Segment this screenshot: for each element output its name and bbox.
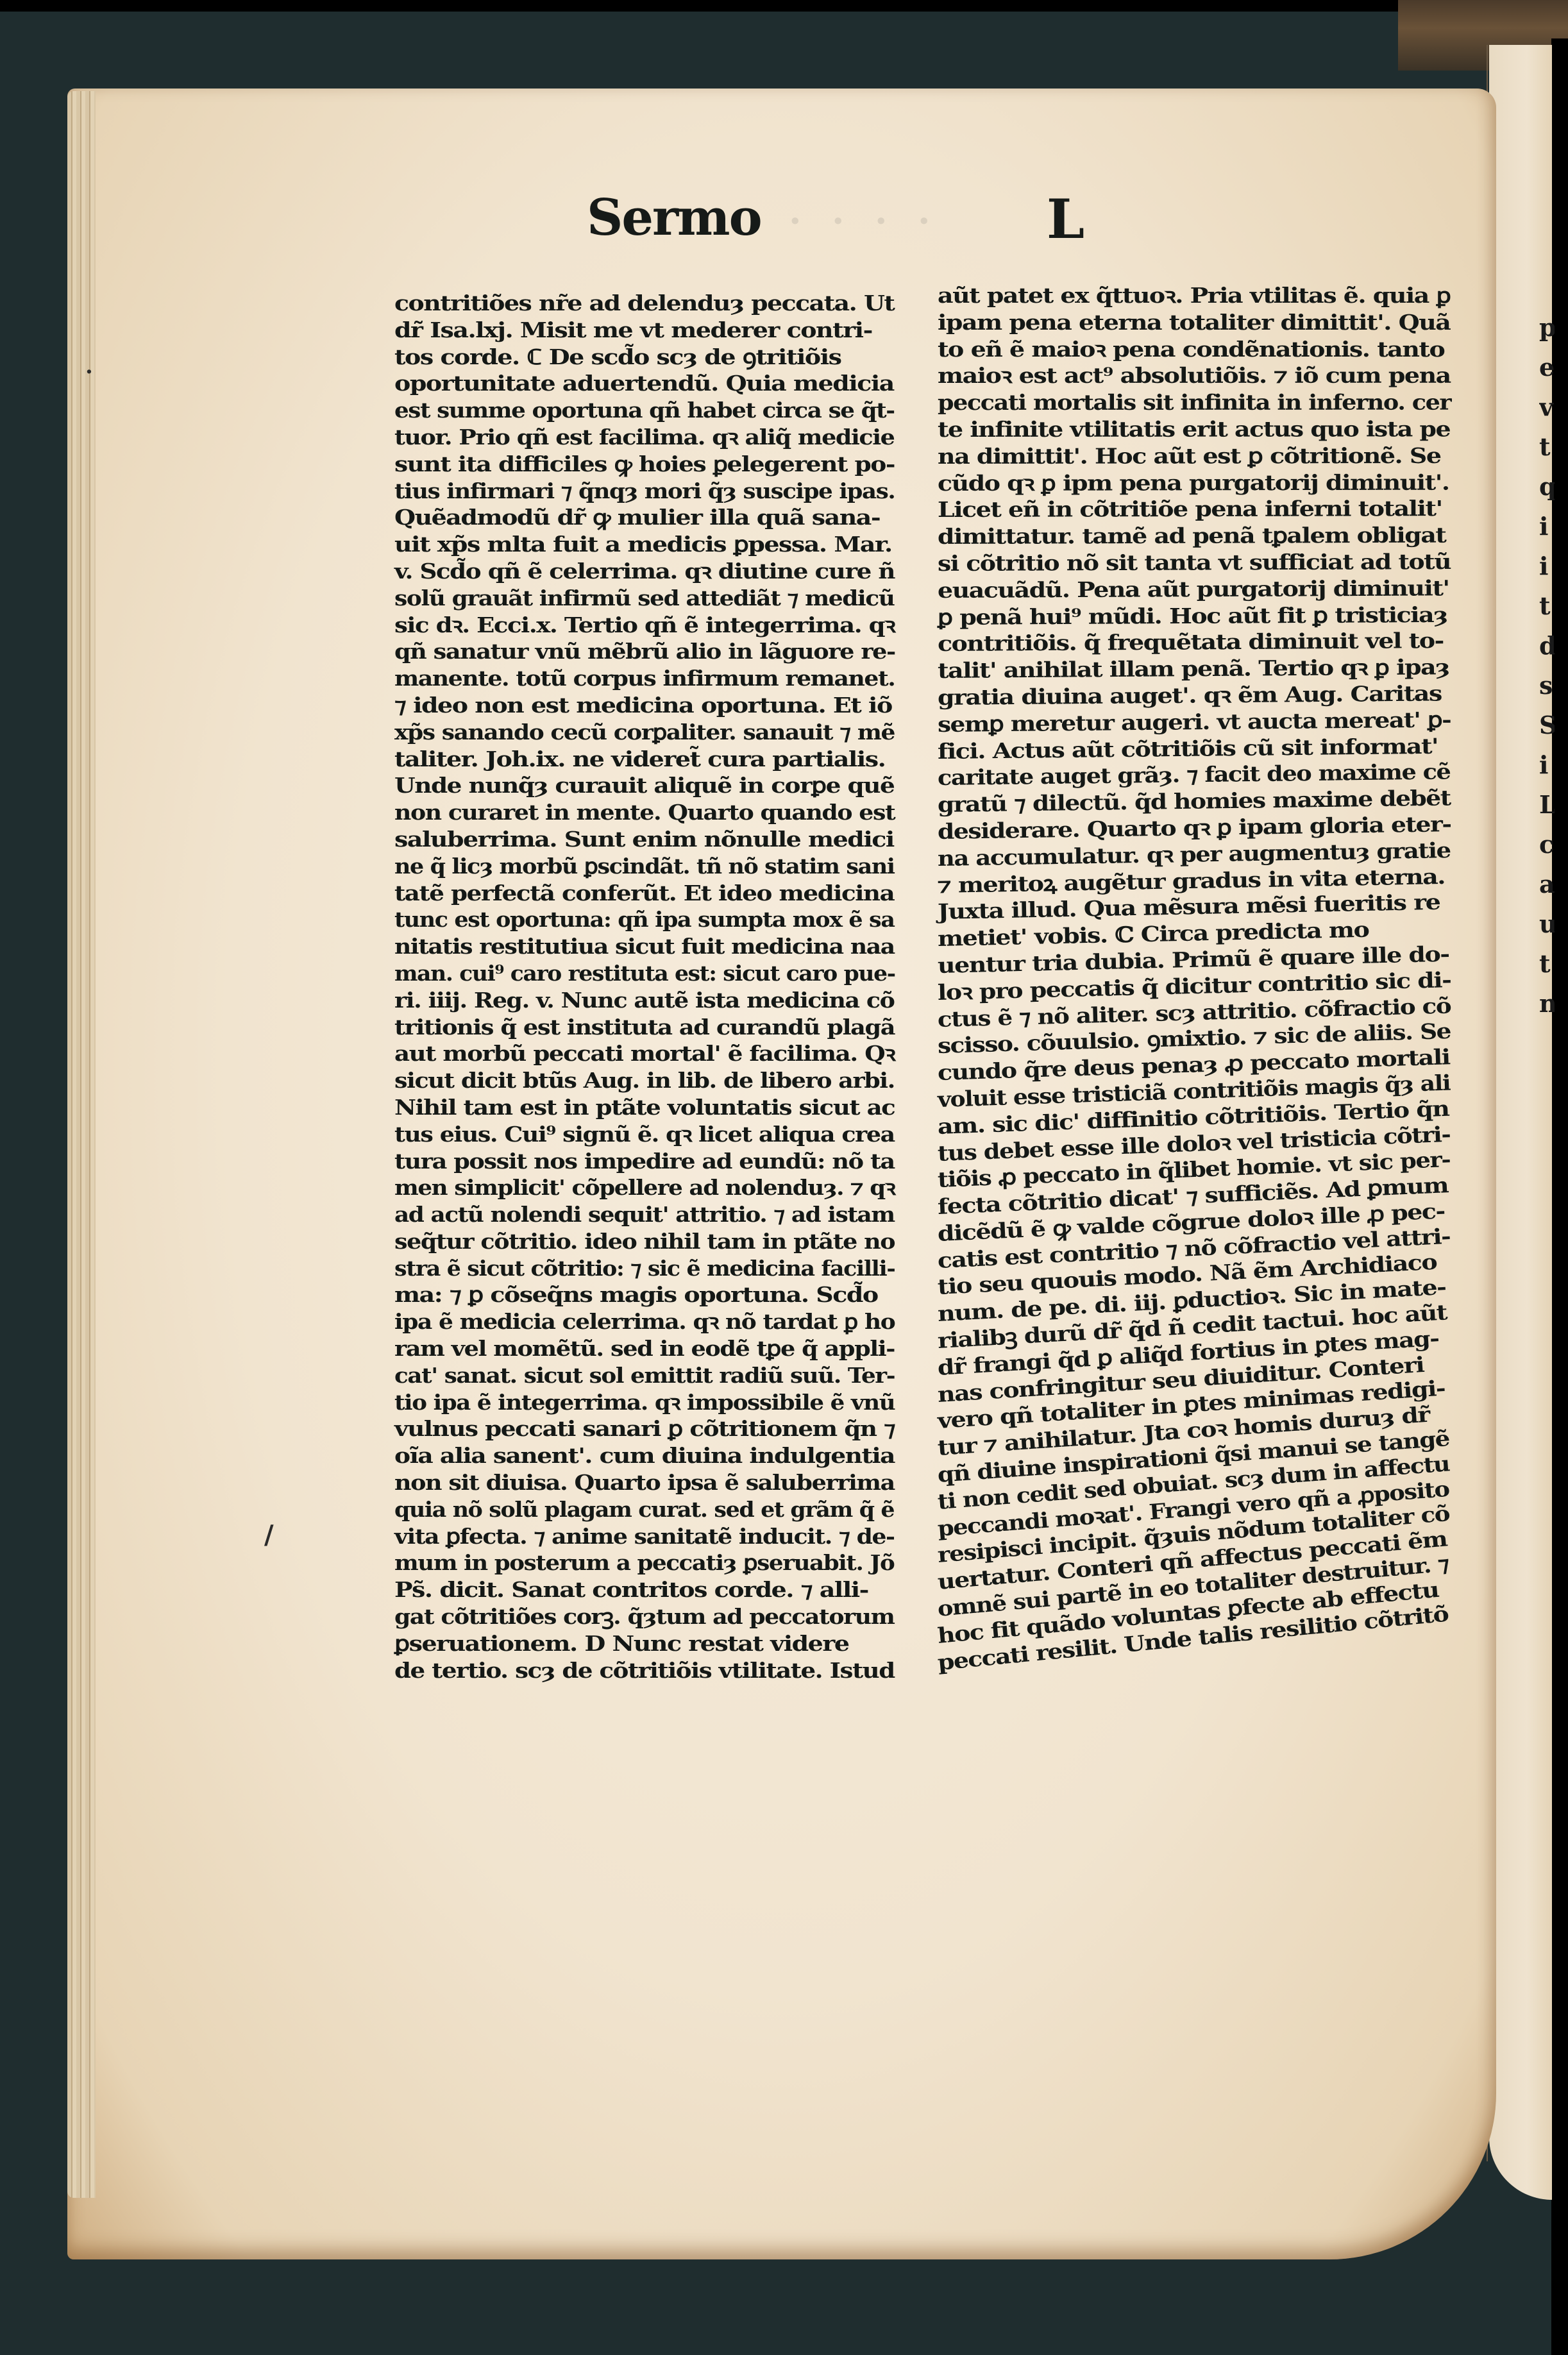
text-line: gat cõtritiões corꝫ. q̃ȝtum ad peccatoru… [394, 1603, 950, 1630]
text-line: dimittatur. tamẽ ad penã tꝑalem obligat [938, 521, 1535, 550]
text-line: stra ẽ sicut cõtritio: ⁊ sic ẽ medicina … [394, 1255, 929, 1282]
facing-page-letter: v [1539, 387, 1555, 427]
facing-page-letter: e [1539, 348, 1555, 387]
text-line: ipa ẽ medicia celerrima. qꝛ nõ tardat ꝑ … [394, 1308, 947, 1335]
facing-page-letter: i [1539, 745, 1555, 785]
facing-page-letter: s [1539, 666, 1555, 705]
show-through-text: · · · · [789, 200, 939, 242]
text-line: mum in posterum a peccatiȝ ꝑseruabit. Jõ [394, 1549, 941, 1576]
facing-page-letter: d [1539, 626, 1555, 666]
text-line: men simplicit' cõpellere ad nolenduȝ. ⁊ … [394, 1174, 943, 1201]
text-line: peccati mortalis sit infinita in inferno… [938, 389, 1513, 416]
text-line: saluberrima. Sunt enim nõnulle medici [394, 826, 977, 853]
folio-number: L [1047, 187, 1084, 251]
text-line: tus eius. Cui⁹ signũ ẽ. qꝛ licet aliqua … [394, 1121, 953, 1148]
text-line: cũdo qꝛ ꝑ ipm pena purgatorij diminuit'. [938, 469, 1535, 496]
text-line: contritiõis. q̃ frequẽtata diminuit vel … [938, 627, 1535, 658]
text-line: tritionis q̃ est instituta ad curandũ pl… [394, 1014, 958, 1041]
text-line: tos corde. ℂ De scd̃o scȝ de ꝯtritiõis [394, 344, 977, 371]
facing-page-letter: a [1539, 865, 1555, 904]
text-line: non curaret in mente. Quarto quando est [394, 799, 951, 826]
facing-page-letter: t [1539, 586, 1555, 626]
text-line: tatẽ perfectã conferũt. Et ideo medicina [394, 880, 967, 907]
facing-page-letter: u [1539, 904, 1555, 944]
text-line: tuor. Prio qñ est facilima. qꝛ aliq̃ med… [394, 424, 955, 451]
facing-page-letter: p [1539, 308, 1555, 348]
text-line: contritiões nr̃e ad delenduȝ peccata. Ut [394, 290, 975, 317]
text-line: euacuãdũ. Pena aũt purgatorij diminuit' [938, 575, 1535, 604]
text-line: na dimittit'. Hoc aũt est ꝑ cõtritionẽ. … [938, 442, 1535, 469]
facing-page-letter: n [1539, 984, 1555, 1024]
text-line: est summe oportuna qñ habet circa se q̃t… [394, 397, 943, 424]
text-line: seq̃tur cõtritio. ideo nihil tam in ptãt… [394, 1228, 954, 1255]
text-line: vita ꝑfecta. ⁊ anime sanitatẽ inducit. ⁊… [394, 1523, 948, 1550]
facing-page-letters: pevtqiitdsSiLcautn [1539, 308, 1555, 1024]
text-line: manente. totũ corpus infirmum remanet. [394, 665, 950, 692]
running-head: Sermo · · · · L [0, 186, 1568, 250]
text-line: ma: ⁊ ꝑ cõseq̃ns magis oportuna. Scd̃o [394, 1281, 977, 1308]
facing-page-letter: t [1539, 944, 1555, 984]
text-line: Unde nunq̃ȝ curauit aliquẽ in corꝑe quẽ [394, 772, 970, 799]
text-line: Licet eñ in cõtritiõe pena inferni total… [938, 495, 1535, 523]
facing-page-letter: c [1539, 825, 1555, 865]
text-column-left: contritiões nr̃e ad delenduȝ peccata. Ut… [394, 290, 901, 1684]
scan-top-border [0, 0, 1568, 12]
text-line: uit xp̃s mlta fuit a medicis ꝑpessa. Mar… [394, 531, 977, 558]
text-line: tunc est oportuna: qñ ipa sumpta mox ẽ s… [394, 906, 931, 933]
page-stack-edge [67, 91, 96, 2198]
text-line: sunt ita difficiles ꝙ hoies ꝑelegerent p… [394, 451, 972, 478]
text-line: qñ sanatur vnũ mẽbrũ alio in lãguore re- [394, 638, 957, 665]
text-line: tura possit nos impedire ad eundũ: nõ ta [394, 1148, 957, 1175]
text-line: ne q̃ licȝ morbũ ꝑscindãt. tñ nõ statim … [394, 853, 930, 880]
running-head-title: Sermo [587, 189, 761, 247]
text-line: tius infirmari ⁊ q̃nqȝ mori q̃ȝ suscipe … [394, 478, 941, 505]
text-line: non sit diuisa. Quarto ipsa ẽ saluberrim… [394, 1469, 955, 1496]
text-line: ipam pena eterna totaliter dimittit'. Qu… [938, 309, 1535, 336]
facing-page-letter: i [1539, 507, 1555, 546]
text-line: cat' sanat. sicut sol emittit radiũ suũ.… [394, 1362, 943, 1389]
facing-page-letter: q [1539, 467, 1555, 507]
text-line: xp̃s sanando cecũ corꝑaliter. sanauit ⁊ … [394, 719, 947, 746]
text-line: ꝑseruationem. D Nunc restat videre [394, 1630, 977, 1657]
text-line: solũ grauãt infirmũ sed attediãt ⁊ medic… [394, 585, 947, 612]
facing-page-letter: L [1539, 785, 1555, 825]
text-line: man. cui⁹ caro restituta est: sicut caro… [394, 960, 924, 987]
facing-page-letter: t [1539, 427, 1555, 467]
text-line: ꝑ penã hui⁹ mũdi. Hoc aũt fit ꝑ tristici… [938, 601, 1535, 631]
text-line: nitatis restitutiua sicut fuit medicina … [394, 933, 950, 960]
text-line: ri. iiij. Reg. v. Nunc autẽ ista medicin… [394, 987, 953, 1014]
text-line: sic dꝛ. Ecci.x. Tertio qñ ẽ integerrima.… [394, 612, 964, 639]
text-line: si cõtritio nõ sit tanta vt sufficiat ad… [938, 548, 1532, 577]
text-column-right: aũt patet ex q̃ttuoꝛ. Pria vtilitas ẽ. q… [938, 282, 1457, 1676]
text-line: tio ipa ẽ integerrima. qꝛ impossibile ẽ … [394, 1389, 941, 1416]
text-line: Quẽadmodũ dr̃ ꝙ mulier illa quã sana- [394, 504, 977, 531]
text-line: de tertio. scȝ de cõtritiõis vtilitate. … [394, 1657, 965, 1684]
text-line: aũt patet ex q̃ttuoꝛ. Pria vtilitas ẽ. q… [938, 282, 1535, 309]
text-line: vulnus peccati sanari ꝑ cõtritionem q̃n … [394, 1415, 968, 1442]
text-line: te infinite vtilitatis erit actus quo is… [938, 416, 1535, 443]
text-line: oportunitate aduertendũ. Quia medicia [394, 370, 977, 397]
text-line: ad actũ nolendi sequit' attritio. ⁊ ad i… [394, 1201, 945, 1228]
text-line: to eñ ẽ maioꝛ pena condẽnationis. tanto [938, 335, 1535, 362]
text-line: maioꝛ est act⁹ absolutiõis. ⁊ iõ cum pen… [938, 362, 1535, 389]
facing-page-letter: i [1539, 546, 1555, 586]
text-line: quia nõ solũ plagam curat. sed et grãm q… [394, 1496, 929, 1523]
text-line: v. Scd̃o qñ ẽ celerrima. qꝛ diutine cure… [394, 558, 967, 585]
text-line: Ps̃. dicit. Sanat contritos corde. ⁊ all… [394, 1576, 977, 1603]
facing-page-letter: S [1539, 705, 1555, 745]
text-line: dr̃ Isa.lxj. Misit me vt mederer contri- [394, 317, 977, 344]
text-line: ⁊ ideo non est medicina oportuna. Et iõ [394, 692, 977, 719]
text-line: aut morbũ peccati mortal' ẽ facilima. Qꝛ [394, 1040, 965, 1067]
text-line: Nihil tam est in ptãte voluntatis sicut … [394, 1094, 965, 1121]
text-line: oĩa alia sanent'. cum diuina indulgentia [394, 1442, 972, 1469]
margin-mark: · [85, 359, 93, 385]
text-line: ram vel momẽtũ. sed in eodẽ tꝑe q̃ appli… [394, 1335, 957, 1362]
text-line: sicut dicit btũs Aug. in lib. de libero … [394, 1067, 953, 1094]
margin-mark: / [264, 1520, 274, 1550]
text-line: taliter. Joh.ix. ne videret̃ cura partia… [394, 746, 977, 773]
